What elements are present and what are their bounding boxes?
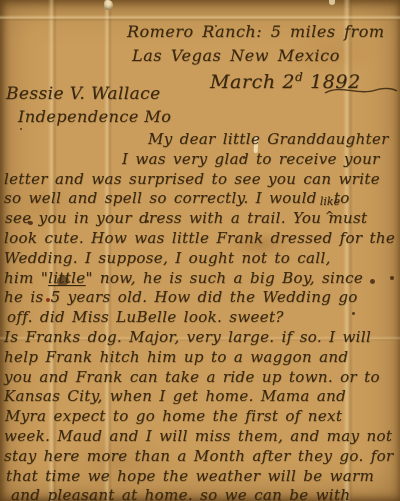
date-flourish	[324, 84, 398, 98]
horizontal-fold-crease	[0, 15, 400, 21]
recipient-name: Bessie V. Wallace	[6, 84, 161, 104]
letter-line: I was very glad to receive your	[122, 150, 399, 170]
letter-line: Wedding. I suppose, I ought not to call,	[4, 249, 399, 269]
underlined-word: little	[48, 269, 85, 287]
letter-line: he is 5 years old. How did the Wedding g…	[4, 288, 399, 308]
letter-line: you and Frank can take a ride up town. o…	[4, 368, 399, 388]
letter-origin-line2: Las Vegas New Mexico	[132, 46, 340, 65]
letter-line: Is Franks dog. Major, very large. if so.…	[4, 328, 399, 348]
letter-line: week. Maud and I will miss them, and may…	[4, 427, 399, 447]
letter-line: him "little" now, he is such a big Boy, …	[4, 269, 399, 289]
letter-origin-line1: Romero Ranch: 5 miles from	[127, 22, 385, 41]
inserted-word: like	[320, 192, 340, 212]
recipient-city: Independence Mo	[18, 107, 171, 126]
letter-line: look cute. How was little Frank dressed …	[4, 229, 399, 249]
letter-line: that time we hope the weather will be wa…	[6, 467, 399, 487]
date-day: March 2	[210, 71, 295, 93]
paper-notch	[329, 0, 335, 5]
letter-line: and pleasant at home. so we can be with	[11, 486, 399, 501]
letter-line: Kansas City, when I get home. Mama and	[4, 387, 399, 407]
paper-hole	[104, 0, 113, 10]
letter-line: so well and spell so correctly. I would …	[4, 189, 399, 209]
letter-line: letter and was surprised to see you can …	[4, 170, 399, 190]
letter-line: stay here more than a Month after they g…	[4, 447, 399, 467]
letter-line: help Frank hitch him up to a waggon and	[4, 348, 399, 368]
letter-line: Myra expect to go home the first of next	[5, 407, 399, 427]
letter-page: Romero Ranch: 5 miles from Las Vegas New…	[0, 0, 400, 501]
letter-body: My dear little GranddaughterI was very g…	[3, 130, 399, 501]
letter-line: off. did Miss LuBelle look. sweet?	[7, 308, 399, 328]
letter-line: My dear little Granddaughter	[148, 130, 399, 150]
